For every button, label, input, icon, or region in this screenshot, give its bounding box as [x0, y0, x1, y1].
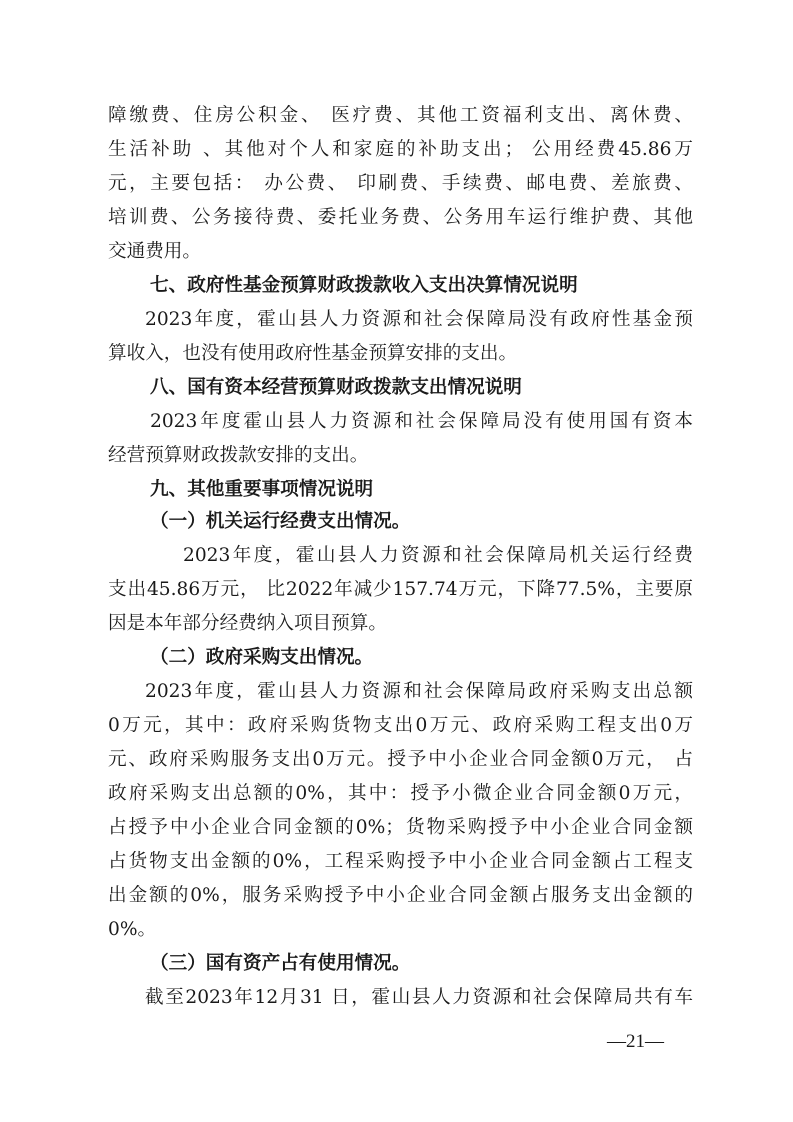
subsection-heading-2: （二）政府采购支出情况。	[150, 646, 690, 670]
paragraph-line: 出金额的0%，服务采购授予中小企业合同金额占服务支出金额的	[108, 884, 693, 908]
paragraph-line: 元，主要包括： 办公费、 印刷费、手续费、邮电费、差旅费、	[108, 172, 693, 196]
section-heading-9: 九、其他重要事项情况说明	[150, 478, 690, 502]
section-heading-8: 八、国有资本经营预算财政拨款支出情况说明	[150, 376, 690, 400]
paragraph-line: 2023年度，霍山县人力资源和社会保障局没有政府性基金预	[145, 308, 693, 332]
paragraph-line: 截至2023年12月31 日，霍山县人力资源和社会保障局共有车	[145, 986, 693, 1010]
paragraph-line: 培训费、公务接待费、委托业务费、公务用车运行维护费、其他	[108, 206, 693, 230]
paragraph-line: 经营预算财政拨款安排的支出。	[108, 444, 693, 468]
document-page: 障缴费、住房公积金、 医疗费、其他工资福利支出、离休费、 生活补助 、其他对个人…	[0, 0, 793, 1122]
paragraph-line: 0%。	[108, 918, 693, 942]
section-heading-7: 七、政府性基金预算财政拨款收入支出决算情况说明	[150, 274, 690, 298]
paragraph-line: 2023年度，霍山县人力资源和社会保障局政府采购支出总额	[145, 680, 693, 704]
paragraph-line: 因是本年部分经费纳入项目预算。	[108, 612, 693, 636]
subsection-heading-3: （三）国有资产占有使用情况。	[150, 952, 690, 976]
paragraph-line: 元、政府采购服务支出0万元。授予中小企业合同金额0万元， 占	[108, 748, 693, 772]
paragraph-line: 算收入，也没有使用政府性基金预算安排的支出。	[108, 342, 693, 366]
paragraph-line: 2023年度霍山县人力资源和社会保障局没有使用国有资本	[150, 410, 693, 434]
subsection-heading-1: （一）机关运行经费支出情况。	[150, 510, 690, 534]
paragraph-line: 占授予中小企业合同金额的0%；货物采购授予中小企业合同金额	[108, 816, 693, 840]
paragraph-line: 2023年度，霍山县人力资源和社会保障局机关运行经费	[183, 544, 693, 568]
paragraph-line: 障缴费、住房公积金、 医疗费、其他工资福利支出、离休费、	[108, 104, 693, 128]
paragraph-line: 政府采购支出总额的0%，其中：授予小微企业合同金额0万元，	[108, 782, 693, 806]
paragraph-line: 0万元，其中：政府采购货物支出0万元、政府采购工程支出0万	[108, 714, 693, 738]
page-number: —21—	[607, 1030, 664, 1054]
paragraph-line: 支出45.86万元， 比2022年减少157.74万元，下降77.5%，主要原	[108, 578, 693, 602]
paragraph-line: 占货物支出金额的0%，工程采购授予中小企业合同金额占工程支	[108, 850, 693, 874]
paragraph-line: 生活补助 、其他对个人和家庭的补助支出； 公用经费45.86万	[108, 138, 693, 162]
paragraph-line: 交通费用。	[108, 240, 693, 264]
